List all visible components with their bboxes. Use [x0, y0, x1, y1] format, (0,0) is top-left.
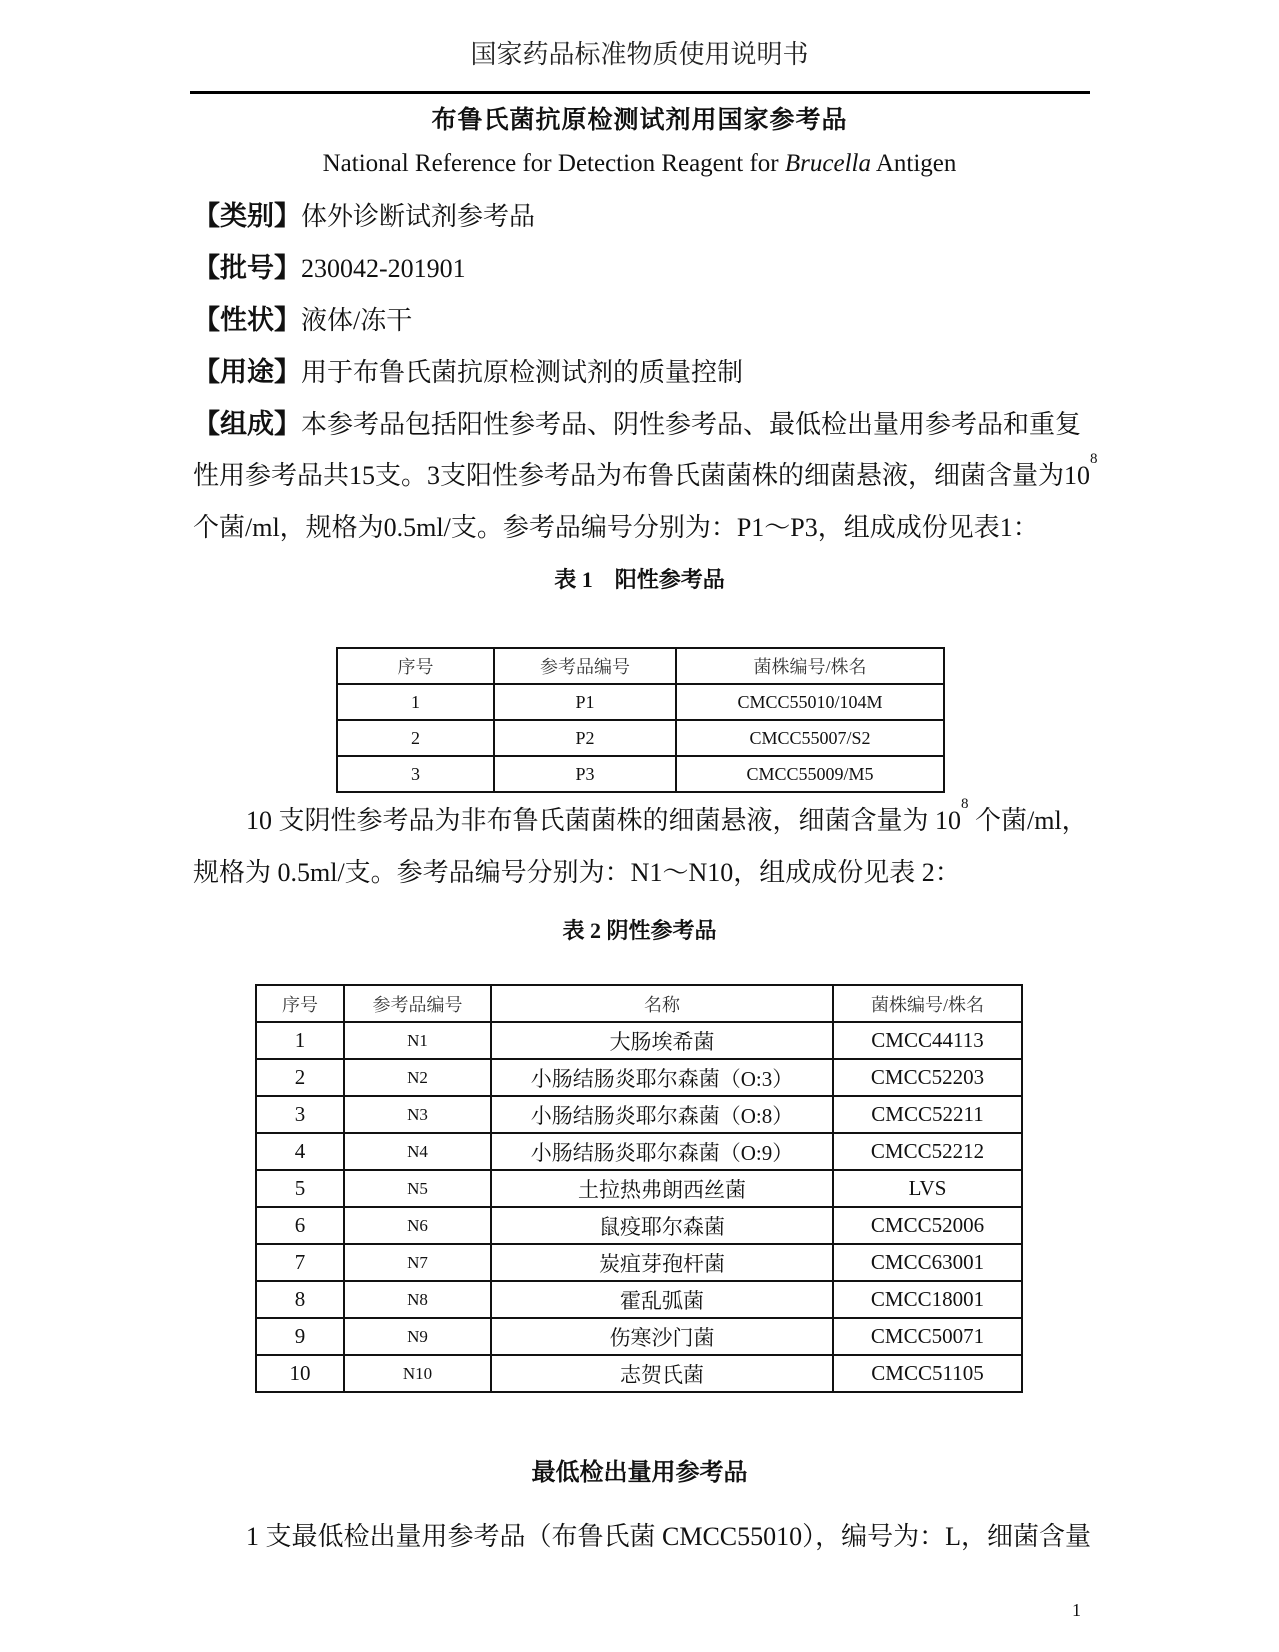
cell: 10 — [256, 1355, 344, 1392]
cell: 7 — [256, 1244, 344, 1281]
header-cell: 序号 — [337, 648, 494, 684]
header-cell: 序号 — [256, 985, 344, 1022]
cell: 2 — [337, 720, 494, 756]
table-row: 3N3小肠结肠炎耶尔森菌（O:8）CMCC52211 — [256, 1096, 1022, 1133]
page-number: 1 — [1072, 1600, 1081, 1621]
header-rule — [190, 91, 1090, 94]
cell: 4 — [256, 1133, 344, 1170]
cell: 小肠结肠炎耶尔森菌（O:8） — [491, 1096, 833, 1133]
table-row: 10N10志贺氏菌CMCC51105 — [256, 1355, 1022, 1392]
field-value: 本参考品包括阳性参考品、阴性参考品、最低检出量用参考品和重复 — [301, 410, 1081, 439]
table-header-row: 序号 参考品编号 名称 菌株编号/株名 — [256, 985, 1022, 1022]
field-value: 用于布鲁氏菌抗原检测试剂的质量控制 — [301, 358, 743, 387]
cell: P2 — [494, 720, 676, 756]
cell: 1 — [256, 1022, 344, 1059]
table-row: 5N5土拉热弗朗西丝菌LVS — [256, 1170, 1022, 1207]
table-row: 1N1大肠埃希菌CMCC44113 — [256, 1022, 1022, 1059]
cell: CMCC52212 — [833, 1133, 1022, 1170]
cell: 5 — [256, 1170, 344, 1207]
field-label: 【性状】 — [193, 305, 301, 336]
cell: CMCC63001 — [833, 1244, 1022, 1281]
cell: 6 — [256, 1207, 344, 1244]
text: 个菌/ml， — [969, 806, 1088, 835]
negative-paragraph-line-1: 10 支阴性参考品为非布鲁氏菌菌株的细菌悬液，细菌含量为 108 个菌/ml， — [246, 800, 1146, 837]
table-row: 4N4小肠结肠炎耶尔森菌（O:9）CMCC52212 — [256, 1133, 1022, 1170]
positive-reference-table: 序号 参考品编号 菌株编号/株名 1 P1 CMCC55010/104M 2 P… — [336, 647, 945, 793]
document-title: 布鲁氏菌抗原检测试剂用国家参考品 — [0, 100, 1279, 136]
cell: 小肠结肠炎耶尔森菌（O:3） — [491, 1059, 833, 1096]
cell: 2 — [256, 1059, 344, 1096]
cell: N4 — [344, 1133, 491, 1170]
cell: 3 — [337, 756, 494, 792]
field-label: 【批号】 — [193, 253, 301, 284]
field-value: 230042-201901 — [301, 254, 466, 283]
cell: N9 — [344, 1318, 491, 1355]
cell: CMCC55010/104M — [676, 684, 944, 720]
cell: N1 — [344, 1022, 491, 1059]
cell: N6 — [344, 1207, 491, 1244]
cell: 1 — [337, 684, 494, 720]
cell: N2 — [344, 1059, 491, 1096]
cell: CMCC44113 — [833, 1022, 1022, 1059]
cell: 志贺氏菌 — [491, 1355, 833, 1392]
field-label: 【用途】 — [193, 357, 301, 388]
cell: N10 — [344, 1355, 491, 1392]
cell: 9 — [256, 1318, 344, 1355]
lod-section-heading: 最低检出量用参考品 — [0, 1452, 1279, 1487]
header-cell: 参考品编号 — [344, 985, 491, 1022]
field-value: 体外诊断试剂参考品 — [301, 202, 535, 231]
superscript: 8 — [961, 796, 969, 812]
cell: N8 — [344, 1281, 491, 1318]
header-cell: 菌株编号/株名 — [833, 985, 1022, 1022]
field-label: 【组成】 — [193, 409, 301, 440]
table-row: 6N6鼠疫耶尔森菌CMCC52006 — [256, 1207, 1022, 1244]
cell: LVS — [833, 1170, 1022, 1207]
cell: P1 — [494, 684, 676, 720]
header-cell: 参考品编号 — [494, 648, 676, 684]
header-cell: 菌株编号/株名 — [676, 648, 944, 684]
cell: CMCC18001 — [833, 1281, 1022, 1318]
field-value: 液体/冻干 — [301, 306, 412, 335]
cell: CMCC50071 — [833, 1318, 1022, 1355]
cell: 霍乱弧菌 — [491, 1281, 833, 1318]
table-row: 2 P2 CMCC55007/S2 — [337, 720, 944, 756]
running-header: 国家药品标准物质使用说明书 — [0, 34, 1279, 71]
field-category: 【类别】体外诊断试剂参考品 — [193, 194, 535, 233]
negative-paragraph-line-2: 规格为 0.5ml/支。参考品编号分别为：N1～N10，组成成份见表 2： — [193, 852, 1093, 889]
cell: CMCC55009/M5 — [676, 756, 944, 792]
cell: 炭疽芽孢杆菌 — [491, 1244, 833, 1281]
cell: N5 — [344, 1170, 491, 1207]
table-row: 9N9伤寒沙门菌CMCC50071 — [256, 1318, 1022, 1355]
table-row: 1 P1 CMCC55010/104M — [337, 684, 944, 720]
composition-line-3: 个菌/ml，规格为0.5ml/支。参考品编号分别为：P1～P3，组成成份见表1： — [193, 507, 1093, 544]
cell: 鼠疫耶尔森菌 — [491, 1207, 833, 1244]
superscript: 8 — [1090, 451, 1098, 467]
table-row: 7N7炭疽芽孢杆菌CMCC63001 — [256, 1244, 1022, 1281]
subtitle-part: National Reference for Detection Reagent… — [323, 150, 785, 177]
composition-line-2: 性用参考品共15支。3支阳性参考品为布鲁氏菌菌株的细菌悬液，细菌含量为108 — [193, 455, 1093, 492]
cell: P3 — [494, 756, 676, 792]
table1-caption: 表 1 阳性参考品 — [0, 563, 1279, 594]
table-row: 2N2小肠结肠炎耶尔森菌（O:3）CMCC52203 — [256, 1059, 1022, 1096]
table-header-row: 序号 参考品编号 菌株编号/株名 — [337, 648, 944, 684]
field-label: 【类别】 — [193, 201, 301, 232]
cell: N7 — [344, 1244, 491, 1281]
table2-caption: 表 2 阴性参考品 — [0, 914, 1279, 945]
negative-reference-table: 序号 参考品编号 名称 菌株编号/株名 1N1大肠埃希菌CMCC44113 2N… — [255, 984, 1023, 1393]
cell: 3 — [256, 1096, 344, 1133]
cell: CMCC55007/S2 — [676, 720, 944, 756]
cell: 小肠结肠炎耶尔森菌（O:9） — [491, 1133, 833, 1170]
header-cell: 名称 — [491, 985, 833, 1022]
cell: 伤寒沙门菌 — [491, 1318, 833, 1355]
cell: CMCC51105 — [833, 1355, 1022, 1392]
table-row: 8N8霍乱弧菌CMCC18001 — [256, 1281, 1022, 1318]
table-row: 3 P3 CMCC55009/M5 — [337, 756, 944, 792]
text: 10 支阴性参考品为非布鲁氏菌菌株的细菌悬液，细菌含量为 10 — [246, 806, 961, 835]
cell: CMCC52203 — [833, 1059, 1022, 1096]
subtitle-part: Antigen — [871, 150, 956, 177]
text: 性用参考品共15支。3支阳性参考品为布鲁氏菌菌株的细菌悬液，细菌含量为10 — [193, 461, 1090, 490]
field-composition: 【组成】本参考品包括阳性参考品、阴性参考品、最低检出量用参考品和重复 — [193, 402, 1081, 441]
document-subtitle: National Reference for Detection Reagent… — [0, 150, 1279, 178]
field-appearance: 【性状】液体/冻干 — [193, 298, 412, 337]
field-usage: 【用途】用于布鲁氏菌抗原检测试剂的质量控制 — [193, 350, 743, 389]
cell: N3 — [344, 1096, 491, 1133]
cell: CMCC52211 — [833, 1096, 1022, 1133]
cell: 大肠埃希菌 — [491, 1022, 833, 1059]
subtitle-italic-genus: Brucella — [785, 150, 871, 177]
cell: CMCC52006 — [833, 1207, 1022, 1244]
cell: 土拉热弗朗西丝菌 — [491, 1170, 833, 1207]
cell: 8 — [256, 1281, 344, 1318]
lod-paragraph: 1 支最低检出量用参考品（布鲁氏菌 CMCC55010），编号为：L，细菌含量 — [246, 1516, 1146, 1553]
field-batch: 【批号】230042-201901 — [193, 246, 466, 285]
